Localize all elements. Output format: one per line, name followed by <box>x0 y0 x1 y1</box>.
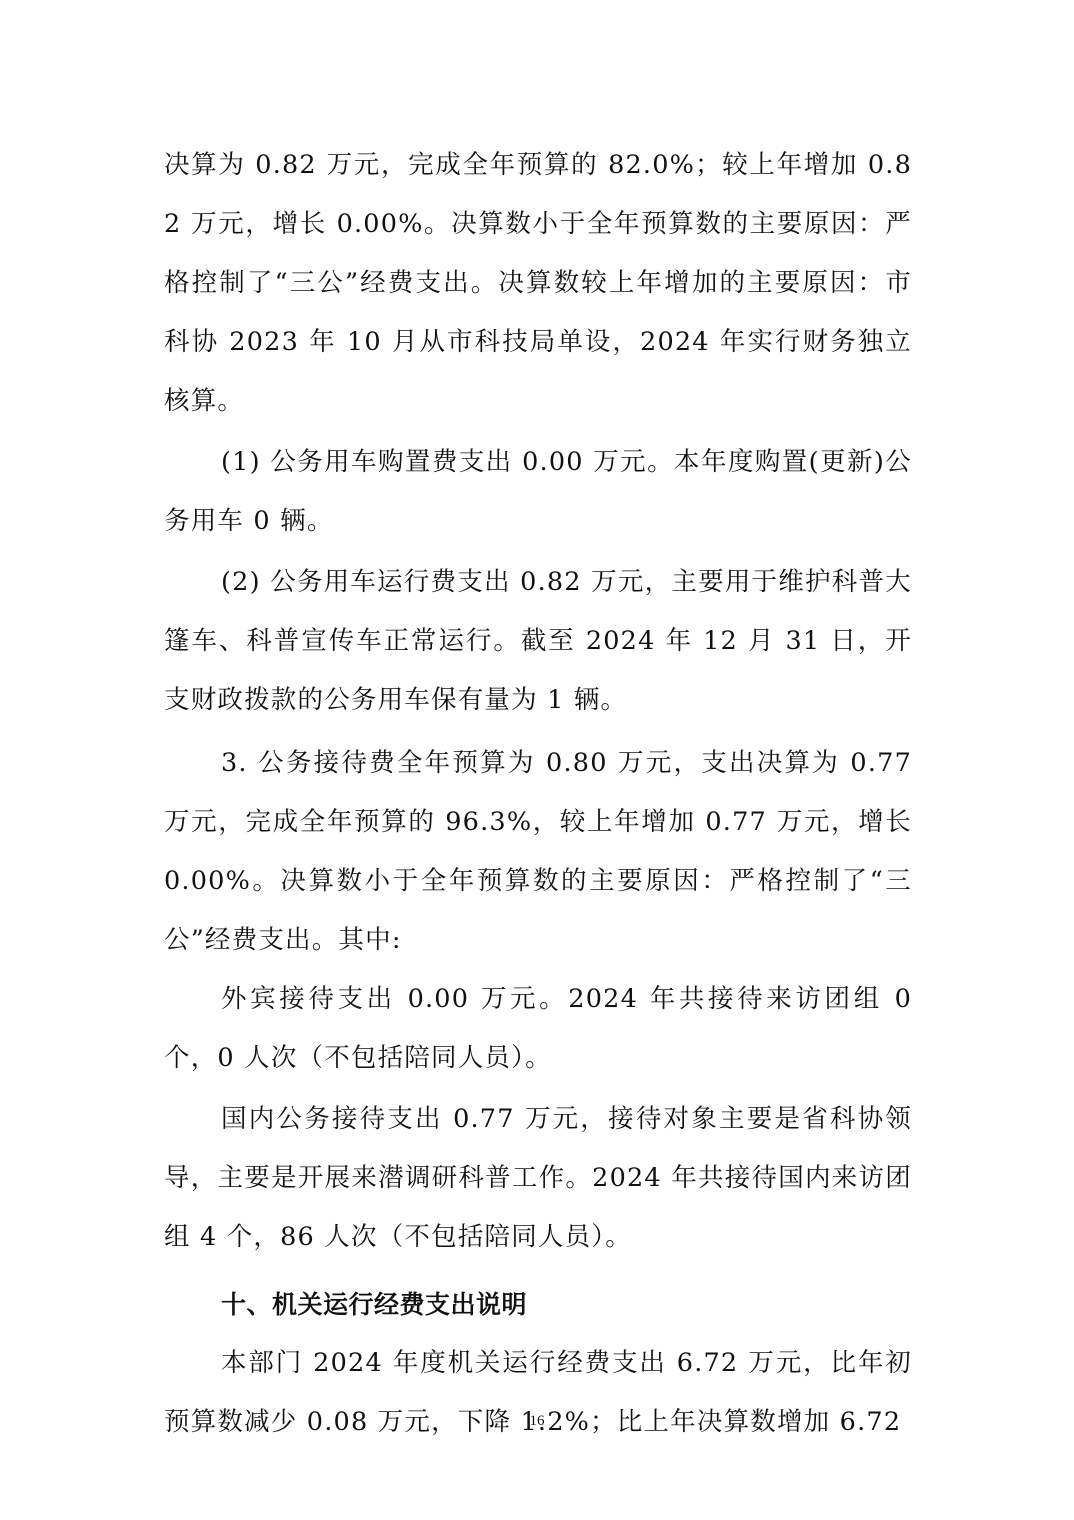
paragraph-operating-expenses: 本部门 2024 年度机关运行经费支出 6.72 万元，比年初预算数减少 0.0… <box>164 1334 912 1452</box>
paragraph-reception-summary: 3. 公务接待费全年预算为 0.80 万元，支出决算为 0.77 万元，完成全年… <box>164 734 912 970</box>
paragraph-vehicle-operation: (2) 公务用车运行费支出 0.82 万元，主要用于维护科普大篷车、科普宣传车正… <box>164 553 912 730</box>
section-heading: 十、机关运行经费支出说明 <box>164 1275 912 1334</box>
page-number: 16 <box>0 1413 1074 1430</box>
document-page: 决算为 0.82 万元，完成全年预算的 82.0%；较上年增加 0.82 万元，… <box>0 0 1074 1520</box>
paragraph-domestic-reception: 国内公务接待支出 0.77 万元，接待对象主要是省科协领导，主要是开展来潜调研科… <box>164 1090 912 1267</box>
page-body: 决算为 0.82 万元，完成全年预算的 82.0%；较上年增加 0.82 万元，… <box>164 136 912 1452</box>
paragraph-foreign-reception: 外宾接待支出 0.00 万元。2024 年共接待来访团组 0 个，0 人次（不包… <box>164 970 912 1088</box>
paragraph-vehicle-summary: 决算为 0.82 万元，完成全年预算的 82.0%；较上年增加 0.82 万元，… <box>164 136 912 431</box>
paragraph-vehicle-purchase: (1) 公务用车购置费支出 0.00 万元。本年度购置(更新)公务用车 0 辆。 <box>164 433 912 551</box>
